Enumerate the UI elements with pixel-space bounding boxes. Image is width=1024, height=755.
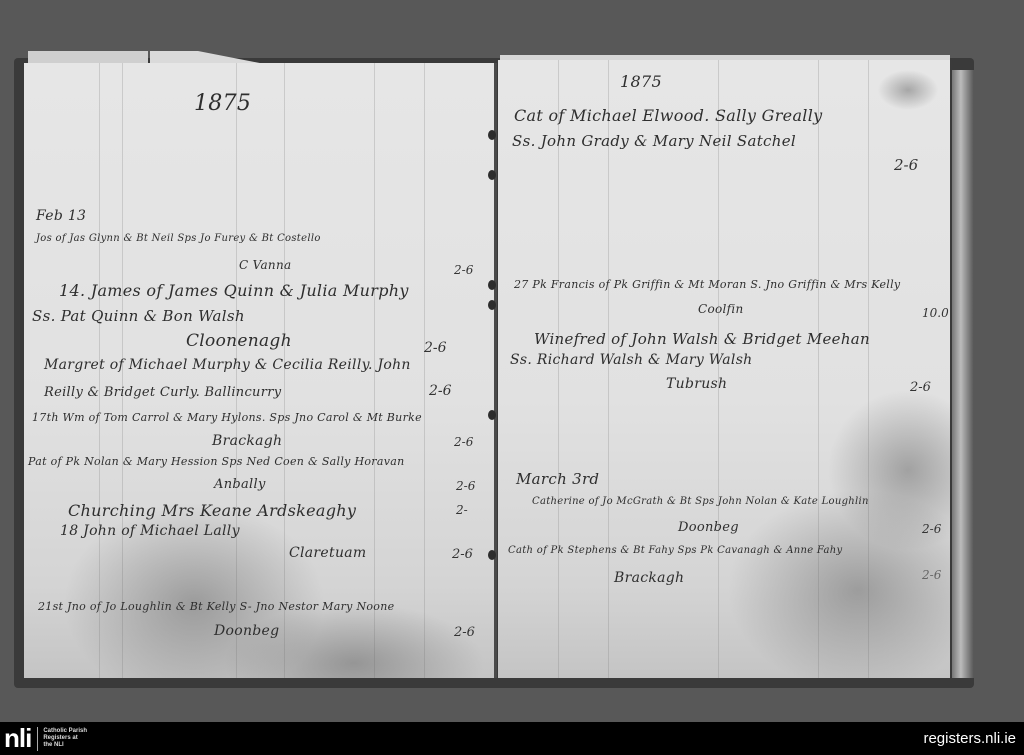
logo-caption-line: the NLI	[43, 742, 63, 748]
entry-fee: 2-6	[922, 522, 941, 536]
footer-bar: nli Catholic Parish Registers at the NLI…	[0, 722, 1024, 755]
entry-text: Cat of Michael Elwood. Sally Greally	[514, 106, 822, 125]
logo-caption-line: Registers at	[43, 735, 77, 741]
entry-place: Brackagh	[212, 433, 282, 449]
entry-text: Margret of Michael Murphy & Cecilia Reil…	[44, 357, 411, 373]
date-heading: March 3rd	[516, 470, 599, 488]
entry-place: Brackagh	[614, 570, 684, 586]
entry-text: Pat of Pk Nolan & Mary Hession Sps Ned C…	[28, 455, 404, 468]
entry-place: Doonbeg	[678, 520, 739, 535]
entry-text: 21st Jno of Jo Loughlin & Bt Kelly S- Jn…	[38, 600, 394, 613]
entry-text: Ss. Pat Quinn & Bon Walsh	[32, 307, 245, 325]
site-url-link[interactable]: registers.nli.ie	[923, 730, 1016, 747]
entry-text: 17th Wm of Tom Carrol & Mary Hylons. Sps…	[32, 411, 422, 424]
book-spine	[486, 110, 498, 630]
logo-caption-line: Catholic Parish	[43, 728, 87, 734]
nli-logo-mark: nli	[4, 725, 31, 752]
entry-text: Reilly & Bridget Curly. Ballincurry	[44, 385, 281, 400]
entry-text: 14. James of James Quinn & Julia Murphy	[59, 281, 409, 300]
entry-fee: 2-6	[454, 625, 475, 640]
nli-logo[interactable]: nli Catholic Parish Registers at the NLI	[4, 725, 87, 752]
entry-fee: 2-6	[454, 435, 473, 449]
book-fore-edge	[952, 70, 974, 678]
register-left-page: 1875 Feb 13 Jos of Jas Glynn & Bt Neil S…	[24, 63, 497, 678]
entry-fee: 2-6	[922, 568, 941, 582]
logo-divider	[37, 727, 38, 751]
entry-place: Coolfin	[698, 302, 744, 316]
entry-place: Claretuam	[289, 545, 366, 561]
entry-fee: 2-6	[910, 380, 931, 395]
logo-caption: Catholic Parish Registers at the NLI	[43, 728, 87, 749]
year-heading: 1875	[620, 72, 662, 91]
entry-text: Catherine of Jo McGrath & Bt Sps John No…	[532, 496, 869, 507]
entry-fee: 2-6	[429, 383, 452, 399]
register-image-viewer[interactable]: 1875 Feb 13 Jos of Jas Glynn & Bt Neil S…	[0, 0, 1024, 722]
entry-fee: 2-6	[452, 547, 473, 562]
date-heading: Feb 13	[36, 208, 86, 224]
entry-fee: 2-6	[456, 479, 475, 493]
entry-fee: 2-	[456, 503, 468, 517]
entry-text: Ss. John Grady & Mary Neil Satchel	[512, 132, 796, 150]
entry-place: Doonbeg	[214, 623, 279, 639]
entry-text: 18 John of Michael Lally	[60, 523, 240, 539]
entry-place: Anbally	[214, 477, 266, 492]
entry-fee: 2-6	[894, 156, 918, 174]
entry-fee: 2-6	[454, 263, 473, 277]
entry-text: Ss. Richard Walsh & Mary Walsh	[510, 352, 753, 368]
entry-text: Churching Mrs Keane Ardskeaghy	[68, 501, 356, 520]
entry-text: 27 Pk Francis of Pk Griffin & Mt Moran S…	[514, 278, 900, 291]
entry-text: Cath of Pk Stephens & Bt Fahy Sps Pk Cav…	[508, 545, 842, 556]
entry-place: Cloonenagh	[186, 331, 292, 351]
entry-text: Winefred of John Walsh & Bridget Meehan	[534, 330, 870, 348]
register-right-page: 1875 Cat of Michael Elwood. Sally Greall…	[498, 60, 950, 678]
entry-fee: 10.0	[922, 306, 949, 320]
entry-place: Tubrush	[666, 376, 727, 392]
year-heading: 1875	[194, 91, 251, 116]
entry-text: Jos of Jas Glynn & Bt Neil Sps Jo Furey …	[36, 233, 321, 244]
entry-place: C Vanna	[239, 258, 291, 272]
entry-fee: 2-6	[424, 340, 447, 356]
